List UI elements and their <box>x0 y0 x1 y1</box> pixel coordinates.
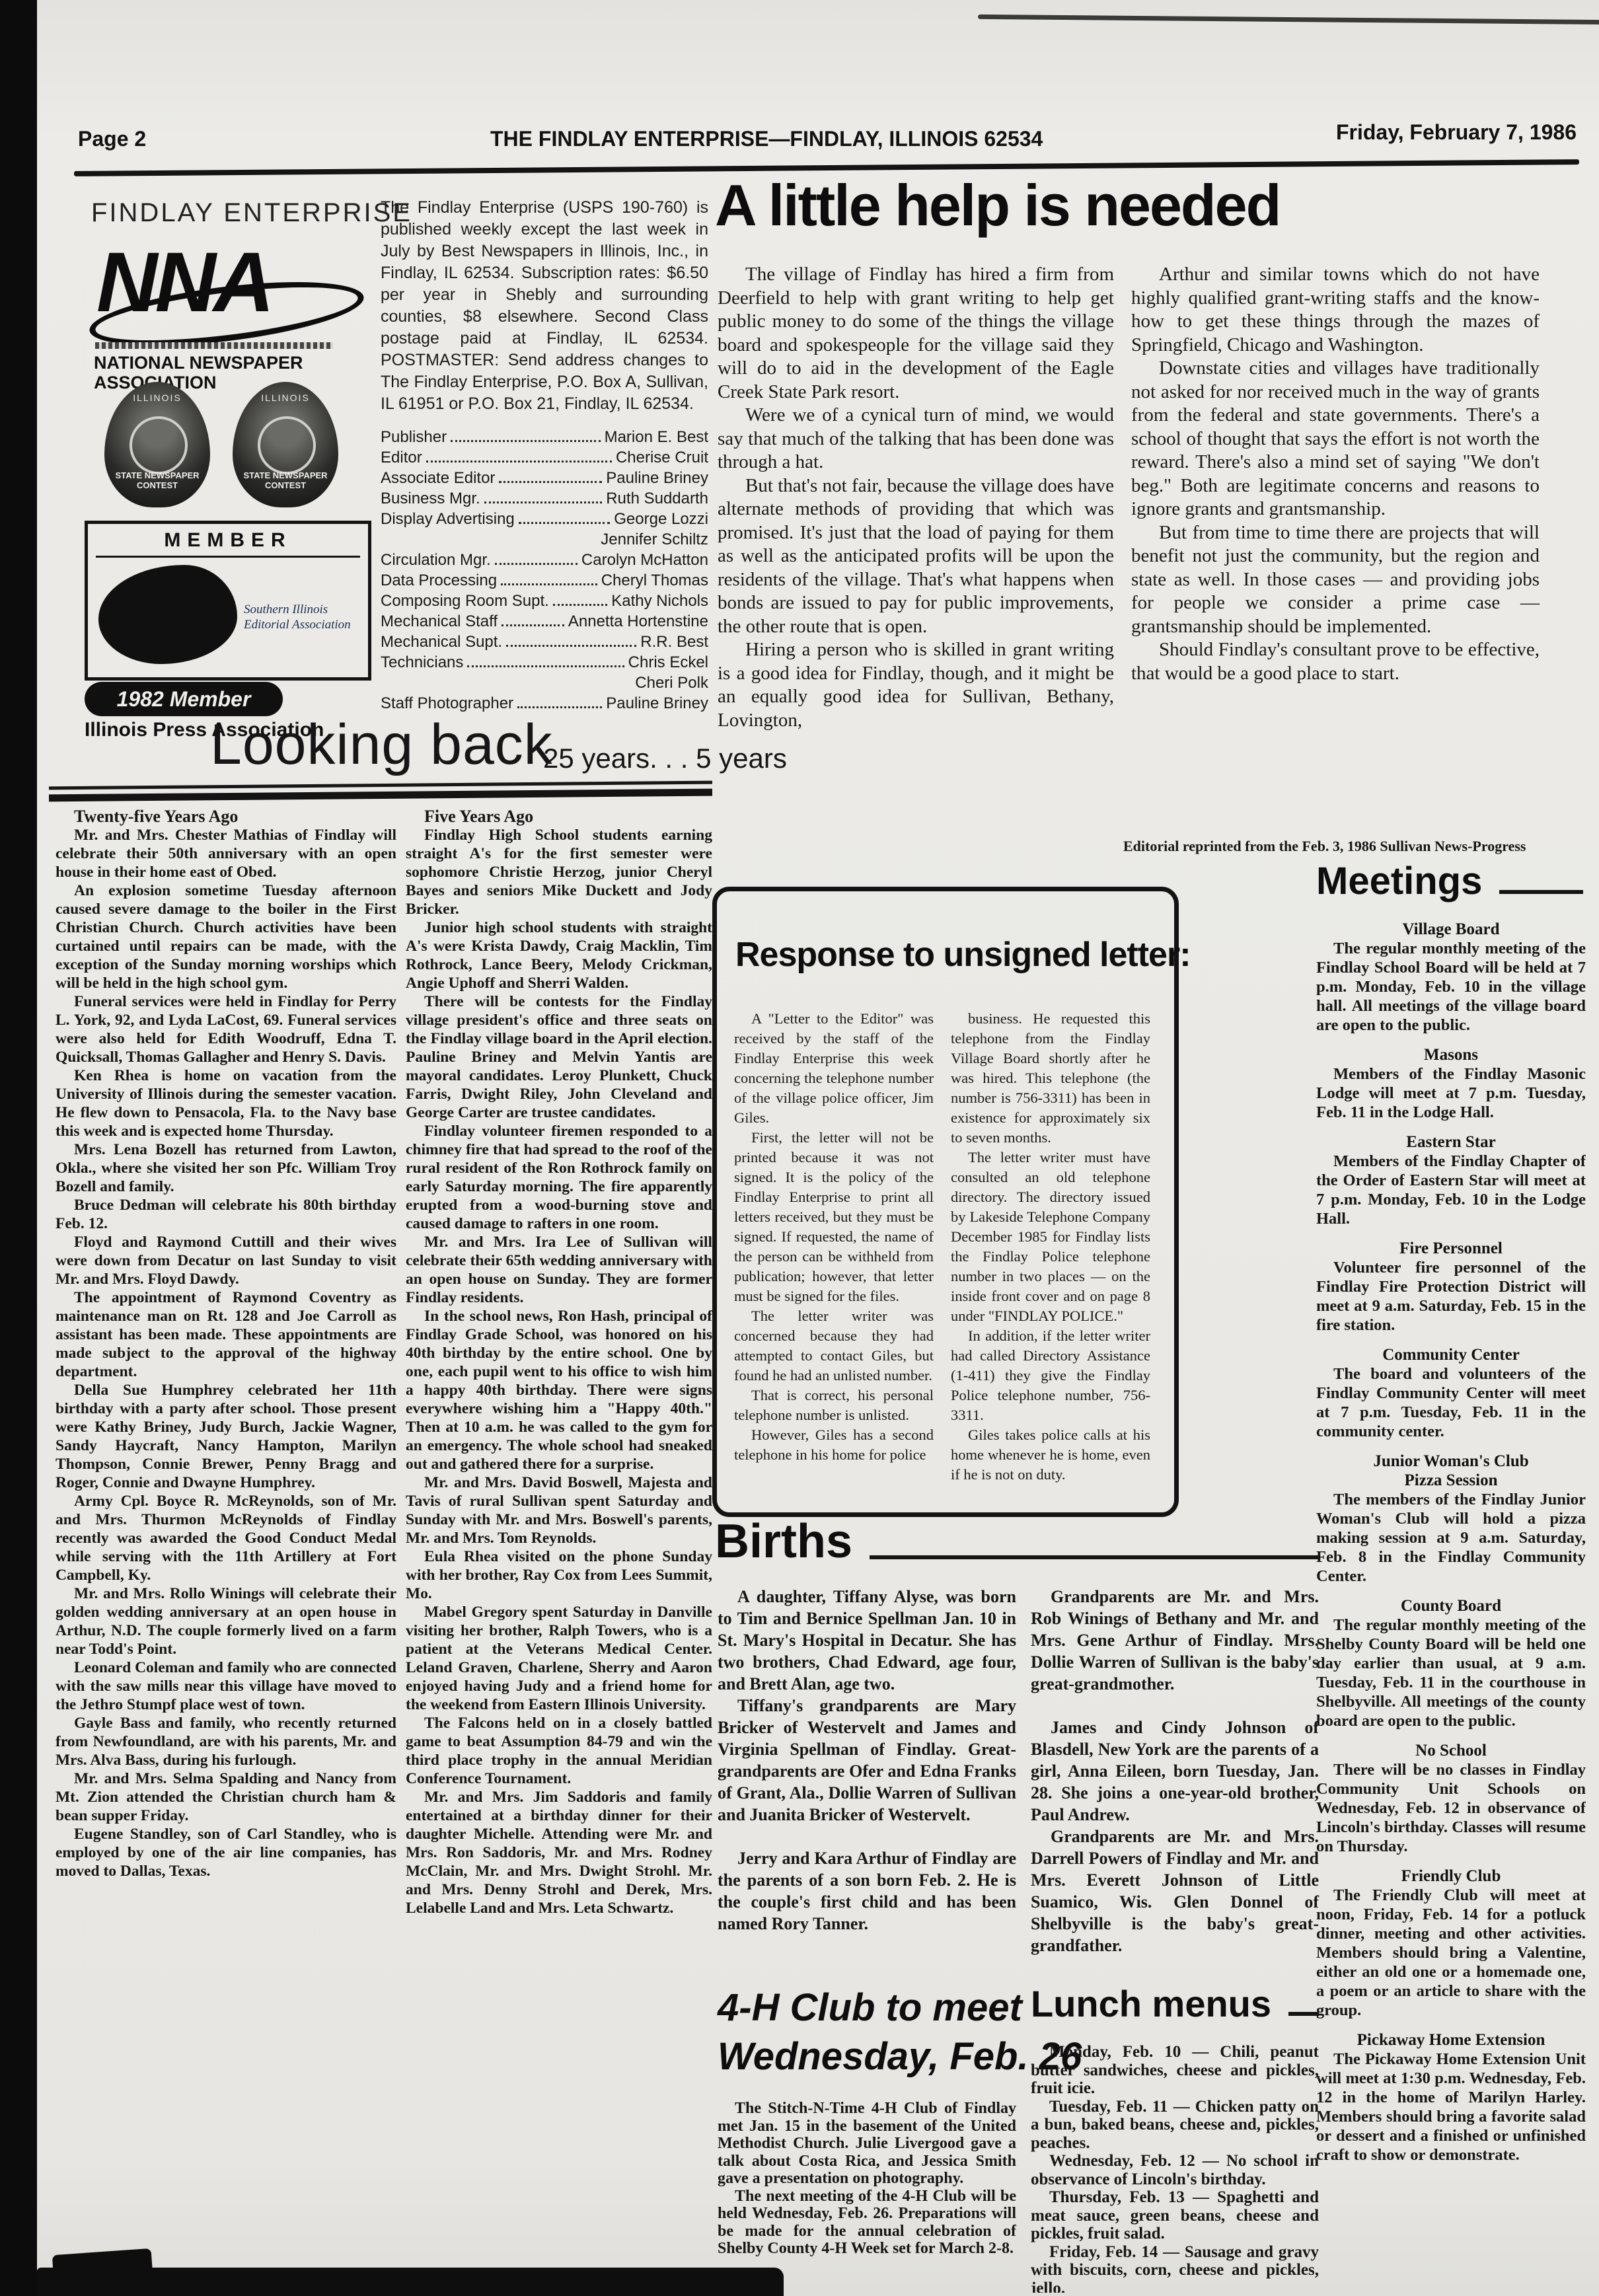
paragraph: Tiffany's grandparents are Mary Bricker … <box>718 1695 1016 1826</box>
column-heading: Five Years Ago <box>406 807 712 826</box>
paragraph: But from time to time there are projects… <box>1131 521 1540 639</box>
editorial-column-2: Arthur and similar towns which do not ha… <box>1131 263 1540 685</box>
paragraph: Floyd and Raymond Cuttill and their wive… <box>56 1233 396 1288</box>
meeting-section: Fire PersonnelVolunteer fire personnel o… <box>1316 1239 1586 1335</box>
paragraph: business. He requested this telephone fr… <box>951 1009 1150 1148</box>
badge-arc-label: ILLINOIS <box>104 392 210 403</box>
looking-back-rule-thin <box>49 781 712 790</box>
lunch-heading-label: Lunch menus <box>1031 1982 1271 2025</box>
staff-row: PublisherMarion E. Best <box>381 428 708 449</box>
meeting-section-title: Pickaway Home Extension <box>1316 2030 1586 2050</box>
badge-ribbon-label: STATE NEWSPAPER CONTEST <box>233 470 338 490</box>
meeting-section: Friendly ClubThe Friendly Club will meet… <box>1316 1867 1586 2020</box>
births-heading-rule <box>870 1555 1320 1559</box>
meeting-section: Village BoardThe regular monthly meeting… <box>1316 920 1586 1035</box>
paragraph: Giles takes police calls at his home whe… <box>951 1425 1150 1485</box>
meeting-section-text: The board and volunteers of the Findlay … <box>1316 1364 1586 1441</box>
paragraph: Grandparents are Mr. and Mrs. Rob Wining… <box>1031 1586 1319 1695</box>
badge-ribbon-line1: STATE NEWSPAPER <box>115 470 199 480</box>
looking-back-rule-thick <box>49 789 712 802</box>
meeting-section: County BoardThe regular monthly meeting … <box>1316 1596 1586 1730</box>
staff-row: TechniciansChris Eckel <box>381 653 708 674</box>
lunch-heading-rule <box>1288 2012 1319 2016</box>
paragraph: Were we of a cynical turn of mind, we wo… <box>718 404 1114 474</box>
paragraph: There will be contests for the Findlay v… <box>406 992 712 1122</box>
birth-announcement: A daughter, Tiffany Alyse, was born to T… <box>718 1586 1016 1826</box>
meeting-section-title: County Board <box>1316 1596 1586 1615</box>
meeting-section: No SchoolThere will be no classes in Fin… <box>1316 1741 1586 1856</box>
paragraph: The Stitch-N-Time 4-H Club of Findlay me… <box>718 2100 1016 2188</box>
meetings-heading-label: Meetings <box>1316 859 1482 903</box>
births-heading: Births <box>715 1514 1320 1569</box>
meetings-column: Village BoardThe regular monthly meeting… <box>1316 920 1586 2291</box>
paragraph: In addition, if the letter writer had ca… <box>951 1326 1150 1425</box>
nna-assoc-line1: NATIONAL NEWSPAPER <box>94 353 303 373</box>
meeting-section-title: Masons <box>1316 1045 1586 1064</box>
staff-row: Composing Room Supt.Kathy Nichols <box>381 592 708 612</box>
paragraph: Mabel Gregory spent Saturday in Danville… <box>406 1603 712 1714</box>
paragraph: The Falcons held on in a closely battled… <box>406 1714 712 1788</box>
meetings-heading: Meetings <box>1316 859 1583 903</box>
staff-row: Associate EditorPauline Briney <box>381 469 708 490</box>
paragraph: A daughter, Tiffany Alyse, was born to T… <box>718 1586 1016 1695</box>
looking-back-subtitle: 25 years. . . 5 years <box>543 743 787 774</box>
staff-row: Data ProcessingCheryl Thomas <box>381 572 708 592</box>
paragraph: Mr. and Mrs. David Boswell, Majesta and … <box>406 1473 712 1547</box>
meeting-section-title: Eastern Star <box>1316 1132 1586 1152</box>
meeting-section-text: The regular monthly meeting of the Findl… <box>1316 939 1586 1035</box>
births-column-2: Grandparents are Mr. and Mrs. Rob Wining… <box>1031 1586 1319 1956</box>
lunch-menus-heading: Lunch menus <box>1031 1982 1319 2025</box>
staff-list: PublisherMarion E. BestEditorCherise Cru… <box>381 428 708 715</box>
meeting-section-text: The regular monthly meeting of the Shelb… <box>1316 1615 1586 1730</box>
column-paragraphs: Mr. and Mrs. Chester Mathias of Findlay … <box>56 826 396 1880</box>
meeting-section-title: Junior Woman's Club <box>1316 1452 1586 1471</box>
meeting-section: Junior Woman's ClubPizza SessionThe memb… <box>1316 1452 1586 1586</box>
paragraph: Mr. and Mrs. Selma Spalding and Nancy fr… <box>56 1769 396 1825</box>
paragraph: Leonard Coleman and family who are conne… <box>56 1658 396 1714</box>
meeting-section: Community CenterThe board and volunteers… <box>1316 1345 1586 1441</box>
births-heading-label: Births <box>715 1514 852 1569</box>
issue-date: Friday, February 7, 1986 <box>1336 120 1577 145</box>
paragraph: That is correct, his personal telephone … <box>734 1386 934 1425</box>
meeting-section: MasonsMembers of the Findlay Masonic Lod… <box>1316 1045 1586 1122</box>
badge-ribbon-line2: CONTEST <box>137 480 178 490</box>
meeting-section-text: There will be no classes in Findlay Comm… <box>1316 1760 1586 1856</box>
paragraph: The village of Findlay has hired a firm … <box>718 263 1114 404</box>
staff-row: Display AdvertisingGeorge Lozzi <box>381 510 708 531</box>
looking-back-title: Looking back <box>210 712 553 778</box>
paragraph: Grandparents are Mr. and Mrs. Darrell Po… <box>1031 1826 1319 1956</box>
paragraph: Mr. and Mrs. Chester Mathias of Findlay … <box>56 826 396 881</box>
meetings-heading-rule <box>1499 890 1583 894</box>
badge-ring-icon <box>130 416 188 474</box>
contest-badge-right: ILLINOIS STATE NEWSPAPER CONTEST <box>233 382 338 507</box>
birth-announcement: Jerry and Kara Arthur of Findlay are the… <box>718 1847 1016 1935</box>
member-caption: Southern Illinois Editorial Association <box>244 602 360 632</box>
paragraph: Arthur and similar towns which do not ha… <box>1131 263 1540 357</box>
paragraph: The appointment of Raymond Coventry as m… <box>56 1288 396 1381</box>
response-headline: Response to unsigned letter: <box>735 935 1191 975</box>
birth-announcement: James and Cindy Johnson of Blasdell, New… <box>1031 1717 1319 1956</box>
paragraph: Funeral services were held in Findlay fo… <box>56 992 396 1066</box>
newspaper-page: Page 2 THE FINDLAY ENTERPRISE—FINDLAY, I… <box>0 0 1599 2296</box>
paragraph: First, the letter will not be printed be… <box>734 1128 934 1306</box>
staff-extra-name: Cheri Polk <box>381 674 708 694</box>
paragraph: Thursday, Feb. 13 — Spaghetti and meat s… <box>1031 2188 1319 2243</box>
member-rule <box>96 556 360 558</box>
page-number: Page 2 <box>78 127 146 151</box>
column-paragraphs: Findlay High School students earning str… <box>406 826 712 1917</box>
paragraph: Army Cpl. Boyce R. McReynolds, son of Mr… <box>56 1492 396 1584</box>
scan-edge-strip <box>0 0 37 2296</box>
meeting-section-text: Members of the Findlay Chapter of the Or… <box>1316 1152 1586 1228</box>
paragraph: Mr. and Mrs. Ira Lee of Sullivan will ce… <box>406 1233 712 1307</box>
paragraph: Eula Rhea visited on the phone Sunday wi… <box>406 1547 712 1603</box>
staff-extra-name: Jennifer Schiltz <box>381 531 708 551</box>
four-h-heading: 4-H Club to meet Wednesday, Feb. 26 <box>718 1983 1082 2081</box>
badge-ribbon-line1: STATE NEWSPAPER <box>243 470 327 480</box>
paragraph: Downstate cities and villages have tradi… <box>1131 357 1540 521</box>
paragraph: Della Sue Humphrey celebrated her 11th b… <box>56 1381 396 1492</box>
lunch-menu-list: Monday, Feb. 10 — Chili, peanut butter s… <box>1031 2043 1319 2293</box>
birth-announcement: Grandparents are Mr. and Mrs. Rob Wining… <box>1031 1586 1319 1695</box>
meeting-section-text: Members of the Findlay Masonic Lodge wil… <box>1316 1064 1586 1122</box>
paragraph: Friday, Feb. 14 — Sausage and gravy with… <box>1031 2243 1319 2293</box>
member-title: MEMBER <box>88 529 368 552</box>
paragraph: But that's not fair, because the village… <box>718 474 1114 639</box>
paragraph: Mr. and Mrs. Jim Saddoris and family ent… <box>406 1788 712 1917</box>
staff-row: EditorCherise Cruit <box>381 449 708 469</box>
paragraph: Tuesday, Feb. 11 — Chicken patty on a bu… <box>1031 2098 1319 2153</box>
nna-logo: NNA NATIONAL NEWSPAPER ASSOCIATION <box>93 246 363 388</box>
paragraph: The next meeting of the 4-H Club will be… <box>718 2188 1016 2258</box>
badge-ribbon-line2: CONTEST <box>265 480 306 490</box>
paragraph: Hiring a person who is skilled in grant … <box>718 638 1114 732</box>
badge-arc-label: ILLINOIS <box>233 392 338 403</box>
badge-ring-icon <box>258 416 316 474</box>
meeting-section-text: The members of the Findlay Junior Woman'… <box>1316 1490 1586 1586</box>
contest-badge-left: ILLINOIS STATE NEWSPAPER CONTEST <box>104 382 210 507</box>
publication-info: The Findlay Enterprise (USPS 190-760) is… <box>381 197 708 415</box>
meeting-section-text: The Friendly Club will meet at noon, Fri… <box>1316 1886 1586 2020</box>
meeting-section: Pickaway Home ExtensionThe Pickaway Home… <box>1316 2030 1586 2165</box>
eagle-graphic-icon <box>98 565 237 664</box>
newspaper-title: THE FINDLAY ENTERPRISE—FINDLAY, ILLINOIS… <box>490 127 1043 151</box>
births-column-1: A daughter, Tiffany Alyse, was born to T… <box>718 1586 1016 1935</box>
column-heading: Twenty-five Years Ago <box>56 807 396 826</box>
paragraph: An explosion sometime Tuesday afternoon … <box>56 881 396 992</box>
paragraph: Should Findlay's consultant prove to be … <box>1131 638 1540 685</box>
meeting-section-text: Volunteer fire personnel of the Findlay … <box>1316 1258 1586 1335</box>
masthead-brand: FINDLAY ENTERPRISE <box>91 198 412 228</box>
editorial-column-1: The village of Findlay has hired a firm … <box>718 263 1114 732</box>
paragraph: Ken Rhea is home on vacation from the Un… <box>56 1066 396 1140</box>
staff-row: Business Mgr.Ruth Suddarth <box>381 490 708 510</box>
response-letter-box: Response to unsigned letter: A "Letter t… <box>712 887 1179 1517</box>
meeting-section-title: Friendly Club <box>1316 1867 1586 1886</box>
response-column-2: business. He requested this telephone fr… <box>951 1009 1150 1485</box>
meeting-section-subtitle: Pizza Session <box>1316 1471 1586 1490</box>
four-h-article: The Stitch-N-Time 4-H Club of Findlay me… <box>718 2100 1016 2293</box>
paragraph: The letter writer must have consulted an… <box>951 1148 1150 1326</box>
paragraph: Gayle Bass and family, who recently retu… <box>56 1714 396 1769</box>
member-box: MEMBER Southern Illinois Editorial Assoc… <box>85 521 371 681</box>
paragraph: In the school news, Ron Hash, principal … <box>406 1307 712 1473</box>
response-column-1: A "Letter to the Editor" was received by… <box>734 1009 934 1465</box>
editorial-reprint-credit: Editorial reprinted from the Feb. 3, 198… <box>1123 838 1586 855</box>
paragraph: Findlay volunteer firemen responded to a… <box>406 1122 712 1233</box>
column-5-years-ago: Five Years Ago Findlay High School stude… <box>406 807 712 1970</box>
four-h-heading-line1: 4-H Club to meet <box>718 1986 1022 2029</box>
four-h-heading-line2: Wednesday, Feb. 26 <box>718 2035 1082 2078</box>
meeting-section: Eastern StarMembers of the Findlay Chapt… <box>1316 1132 1586 1228</box>
paragraph: Findlay High School students earning str… <box>406 826 712 918</box>
paragraph: Wednesday, Feb. 12 — No school in observ… <box>1031 2152 1319 2188</box>
paragraph: The letter writer was concerned because … <box>734 1306 934 1386</box>
paragraph: Monday, Feb. 10 — Chili, peanut butter s… <box>1031 2043 1319 2098</box>
paragraph: Eugene Standley, son of Carl Standley, w… <box>56 1825 396 1880</box>
staff-row: Mechanical Supt.R.R. Best <box>381 633 708 653</box>
staff-row: Mechanical StaffAnnetta Hortenstine <box>381 612 708 633</box>
scan-top-streak <box>978 15 1599 24</box>
paragraph: Jerry and Kara Arthur of Findlay are the… <box>718 1847 1016 1935</box>
column-25-years-ago: Twenty-five Years Ago Mr. and Mrs. Chest… <box>56 807 396 2268</box>
meeting-section-title: Fire Personnel <box>1316 1239 1586 1258</box>
editorial-headline: A little help is needed <box>715 172 1280 239</box>
paragraph: Mr. and Mrs. Rollo Winings will celebrat… <box>56 1584 396 1658</box>
meeting-section-text: The Pickaway Home Extension Unit will me… <box>1316 2050 1586 2165</box>
meeting-section-title: Village Board <box>1316 920 1586 939</box>
meeting-section-title: Community Center <box>1316 1345 1586 1364</box>
meeting-section-title: No School <box>1316 1741 1586 1760</box>
paragraph: Bruce Dedman will celebrate his 80th bir… <box>56 1196 396 1233</box>
nna-tagline-bar <box>95 342 333 349</box>
staff-row: Circulation Mgr.Carolyn McHatton <box>381 551 708 572</box>
paragraph: James and Cindy Johnson of Blasdell, New… <box>1031 1717 1319 1826</box>
badge-ribbon-label: STATE NEWSPAPER CONTEST <box>104 470 210 490</box>
paragraph: A "Letter to the Editor" was received by… <box>734 1009 934 1128</box>
paragraph: Junior high school students with straigh… <box>406 918 712 992</box>
paragraph: However, Giles has a second telephone in… <box>734 1425 934 1465</box>
paragraph: Mrs. Lena Bozell has returned from Lawto… <box>56 1140 396 1196</box>
press-1982-label: 1982 Member <box>85 682 283 716</box>
